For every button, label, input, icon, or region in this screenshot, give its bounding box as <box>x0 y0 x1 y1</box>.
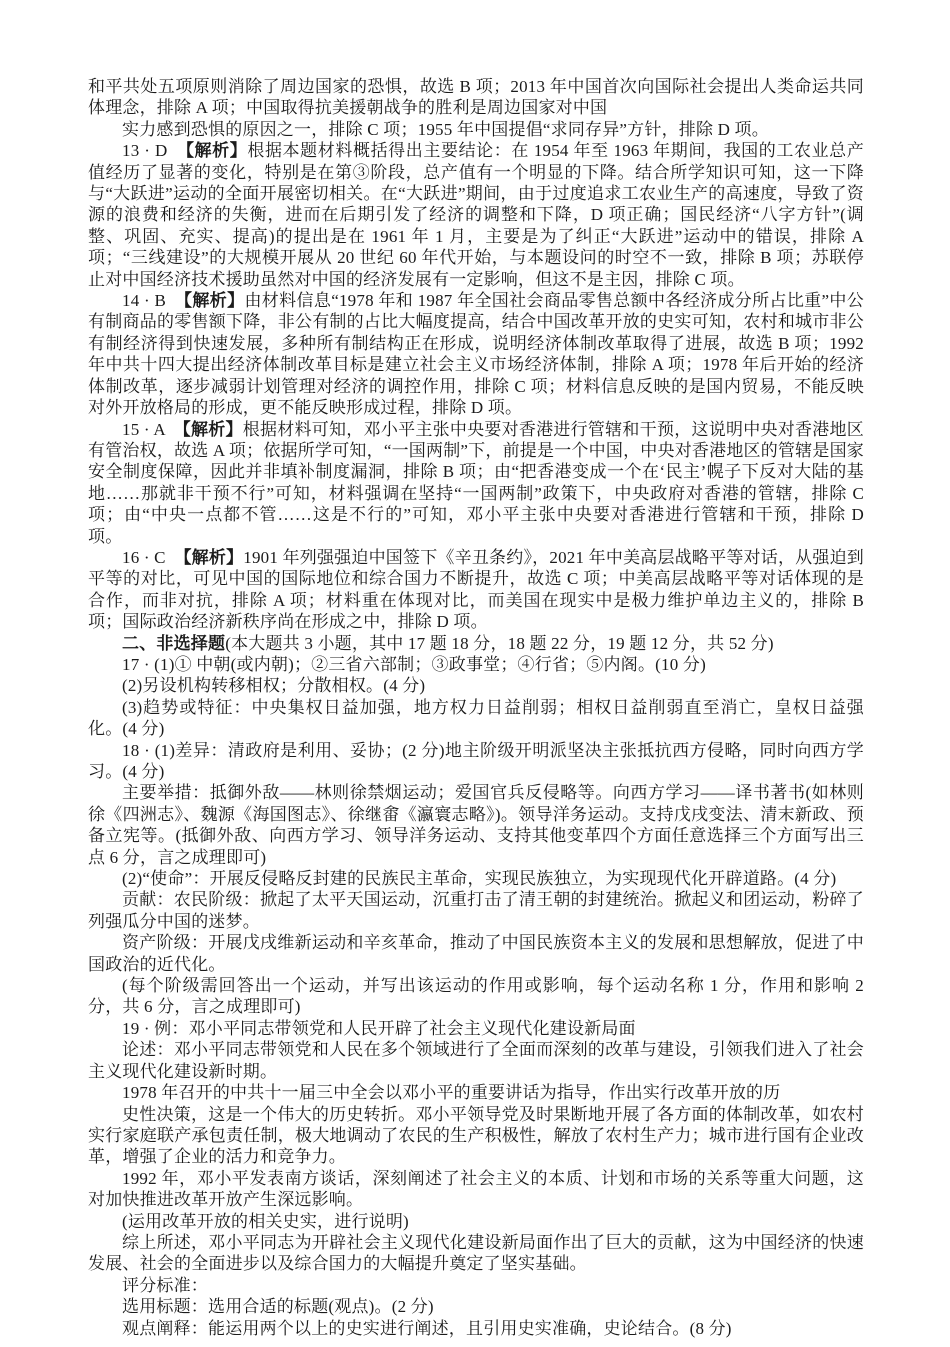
paragraph-12: 主要举措：抵御外敌——林则徐禁烟运动；爱国官兵反侵略等。向西方学习——译书著书(… <box>88 782 864 868</box>
paragraph-2: 实力感到恐惧的原因之一，排除 C 项；1955 年中国提倡“求同存异”方针，排除… <box>88 119 864 140</box>
paragraph-11: 18 · (1)差异：清政府是利用、妥协；(2 分)地主阶级开明派坚决主张抵抗西… <box>88 740 864 783</box>
paragraph-24: 评分标准： <box>88 1275 864 1296</box>
body-text: 14 · B <box>122 291 184 310</box>
paragraph-9: (2)另设机构转移相权；分散相权。(4 分) <box>88 675 864 696</box>
emphasis-text: 【解析】 <box>184 291 245 310</box>
body-text: 贡献：农民阶级：掀起了太平天国运动，沉重打击了清王朝的封建统治。掀起义和团运动，… <box>88 890 864 930</box>
paragraph-7: 二、非选择题(本大题共 3 小题，其中 17 题 18 分，18 题 22 分，… <box>88 633 864 654</box>
body-text: 1978 年召开的中共十一届三中全会以邓小平的重要讲话为指导，作出实行改革开放的… <box>122 1083 780 1102</box>
body-text: 13 · D <box>122 141 185 160</box>
paragraph-10: (3)趋势或特征：中央集权日益加强，地方权力日益削弱；相权日益削弱直至消亡，皇权… <box>88 697 864 740</box>
emphasis-text: 【解析】 <box>182 420 243 439</box>
body-text: 和平共处五项原则消除了周边国家的恐惧，故选 B 项；2013 年中国首次向国际社… <box>88 77 864 117</box>
body-text: 17 · (1)① 中朝(或内朝)；②三省六部制；③政事堂；④行省；⑤内阁。(1… <box>122 655 706 674</box>
paragraph-17: 19 · 例：邓小平同志带领党和人民开辟了社会主义现代化建设新局面 <box>88 1018 864 1039</box>
body-text: (2)“使命”：开展反侵略反封建的民族民主革命，实现民族独立，为实现现代化开辟道… <box>122 869 836 888</box>
paragraph-16: (每个阶级需回答出一个运动，并写出该运动的作用或影响，每个运动名称 1 分，作用… <box>88 975 864 1018</box>
answer-sheet-page: 和平共处五项原则消除了周边国家的恐惧，故选 B 项；2013 年中国首次向国际社… <box>0 0 950 1347</box>
paragraph-3: 13 · D 【解析】根据本题材料概括得出主要结论：在 1954 年至 1963… <box>88 140 864 290</box>
paragraph-22: (运用改革开放的相关史实，进行说明) <box>88 1211 864 1232</box>
body-text: 选用标题：选用合适的标题(观点)。(2 分) <box>122 1297 434 1316</box>
paragraph-23: 综上所述，邓小平同志为开辟社会主义现代化建设新局面作出了巨大的贡献，这为中国经济… <box>88 1232 864 1275</box>
body-text: 论述：邓小平同志带领党和人民在多个领域进行了全面而深刻的改革与建设，引领我们进入… <box>88 1040 864 1080</box>
body-text: 史性决策，这是一个伟大的历史转折。邓小平领导党及时果断地开展了各方面的体制改革，… <box>88 1105 864 1167</box>
body-text: (3)趋势或特征：中央集权日益加强，地方权力日益削弱；相权日益削弱直至消亡，皇权… <box>88 698 864 738</box>
body-text: 1992 年，邓小平发表南方谈话，深刻阐述了社会主义的本质、计划和市场的关系等重… <box>88 1169 864 1209</box>
paragraph-14: 贡献：农民阶级：掀起了太平天国运动，沉重打击了清王朝的封建统治。掀起义和团运动，… <box>88 889 864 932</box>
document-body: 和平共处五项原则消除了周边国家的恐惧，故选 B 项；2013 年中国首次向国际社… <box>88 76 864 1339</box>
body-text: 综上所述，邓小平同志为开辟社会主义现代化建设新局面作出了巨大的贡献，这为中国经济… <box>88 1233 864 1273</box>
paragraph-15: 资产阶级：开展戊戌维新运动和辛亥革命，推动了中国民族资本主义的发展和思想解放，促… <box>88 932 864 975</box>
body-text: 实力感到恐惧的原因之一，排除 C 项；1955 年中国提倡“求同存异”方针，排除… <box>122 120 769 139</box>
paragraph-4: 14 · B 【解析】由材料信息“1978 年和 1987 年全国社会商品零售总… <box>88 290 864 418</box>
paragraph-19: 1978 年召开的中共十一届三中全会以邓小平的重要讲话为指导，作出实行改革开放的… <box>88 1082 864 1103</box>
paragraph-21: 1992 年，邓小平发表南方谈话，深刻阐述了社会主义的本质、计划和市场的关系等重… <box>88 1168 864 1211</box>
body-text: 16 · C <box>122 548 183 567</box>
paragraph-25: 选用标题：选用合适的标题(观点)。(2 分) <box>88 1296 864 1317</box>
body-text: 19 · 例：邓小平同志带领党和人民开辟了社会主义现代化建设新局面 <box>122 1019 636 1038</box>
paragraph-18: 论述：邓小平同志带领党和人民在多个领域进行了全面而深刻的改革与建设，引领我们进入… <box>88 1039 864 1082</box>
body-text: (运用改革开放的相关史实，进行说明) <box>122 1212 409 1231</box>
body-text: 观点阐释：能运用两个以上的史实进行阐述，且引用史实准确，史论结合。(8 分) <box>122 1319 732 1338</box>
body-text: (每个阶级需回答出一个运动，并写出该运动的作用或影响，每个运动名称 1 分，作用… <box>88 976 864 1016</box>
paragraph-20: 史性决策，这是一个伟大的历史转折。邓小平领导党及时果断地开展了各方面的体制改革，… <box>88 1104 864 1168</box>
emphasis-text: 二、非选择题 <box>122 634 225 653</box>
body-text: 评分标准： <box>122 1276 208 1295</box>
body-text: 15 · A <box>122 420 182 439</box>
paragraph-8: 17 · (1)① 中朝(或内朝)；②三省六部制；③政事堂；④行省；⑤内阁。(1… <box>88 654 864 675</box>
body-text: 根据本题材料概括得出主要结论：在 1954 年至 1963 年期间，我国的工农业… <box>88 141 864 288</box>
body-text: 主要举措：抵御外敌——林则徐禁烟运动；爱国官兵反侵略等。向西方学习——译书著书(… <box>88 783 864 866</box>
paragraph-5: 15 · A 【解析】根据材料可知，邓小平主张中央要对香港进行管辖和干预，这说明… <box>88 419 864 547</box>
emphasis-text: 【解析】 <box>185 141 247 160</box>
paragraph-26: 观点阐释：能运用两个以上的史实进行阐述，且引用史实准确，史论结合。(8 分) <box>88 1318 864 1339</box>
paragraph-1: 和平共处五项原则消除了周边国家的恐惧，故选 B 项；2013 年中国首次向国际社… <box>88 76 864 119</box>
body-text: (本大题共 3 小题，其中 17 题 18 分，18 题 22 分，19 题 1… <box>225 634 774 653</box>
emphasis-text: 【解析】 <box>183 548 243 567</box>
body-text: 18 · (1)差异：清政府是利用、妥协；(2 分)地主阶级开明派坚决主张抵抗西… <box>88 741 864 781</box>
body-text: (2)另设机构转移相权；分散相权。(4 分) <box>122 676 425 695</box>
paragraph-6: 16 · C 【解析】1901 年列强强迫中国签下《辛丑条约》，2021 年中美… <box>88 547 864 633</box>
body-text: 资产阶级：开展戊戌维新运动和辛亥革命，推动了中国民族资本主义的发展和思想解放，促… <box>88 933 864 973</box>
paragraph-13: (2)“使命”：开展反侵略反封建的民族民主革命，实现民族独立，为实现现代化开辟道… <box>88 868 864 889</box>
